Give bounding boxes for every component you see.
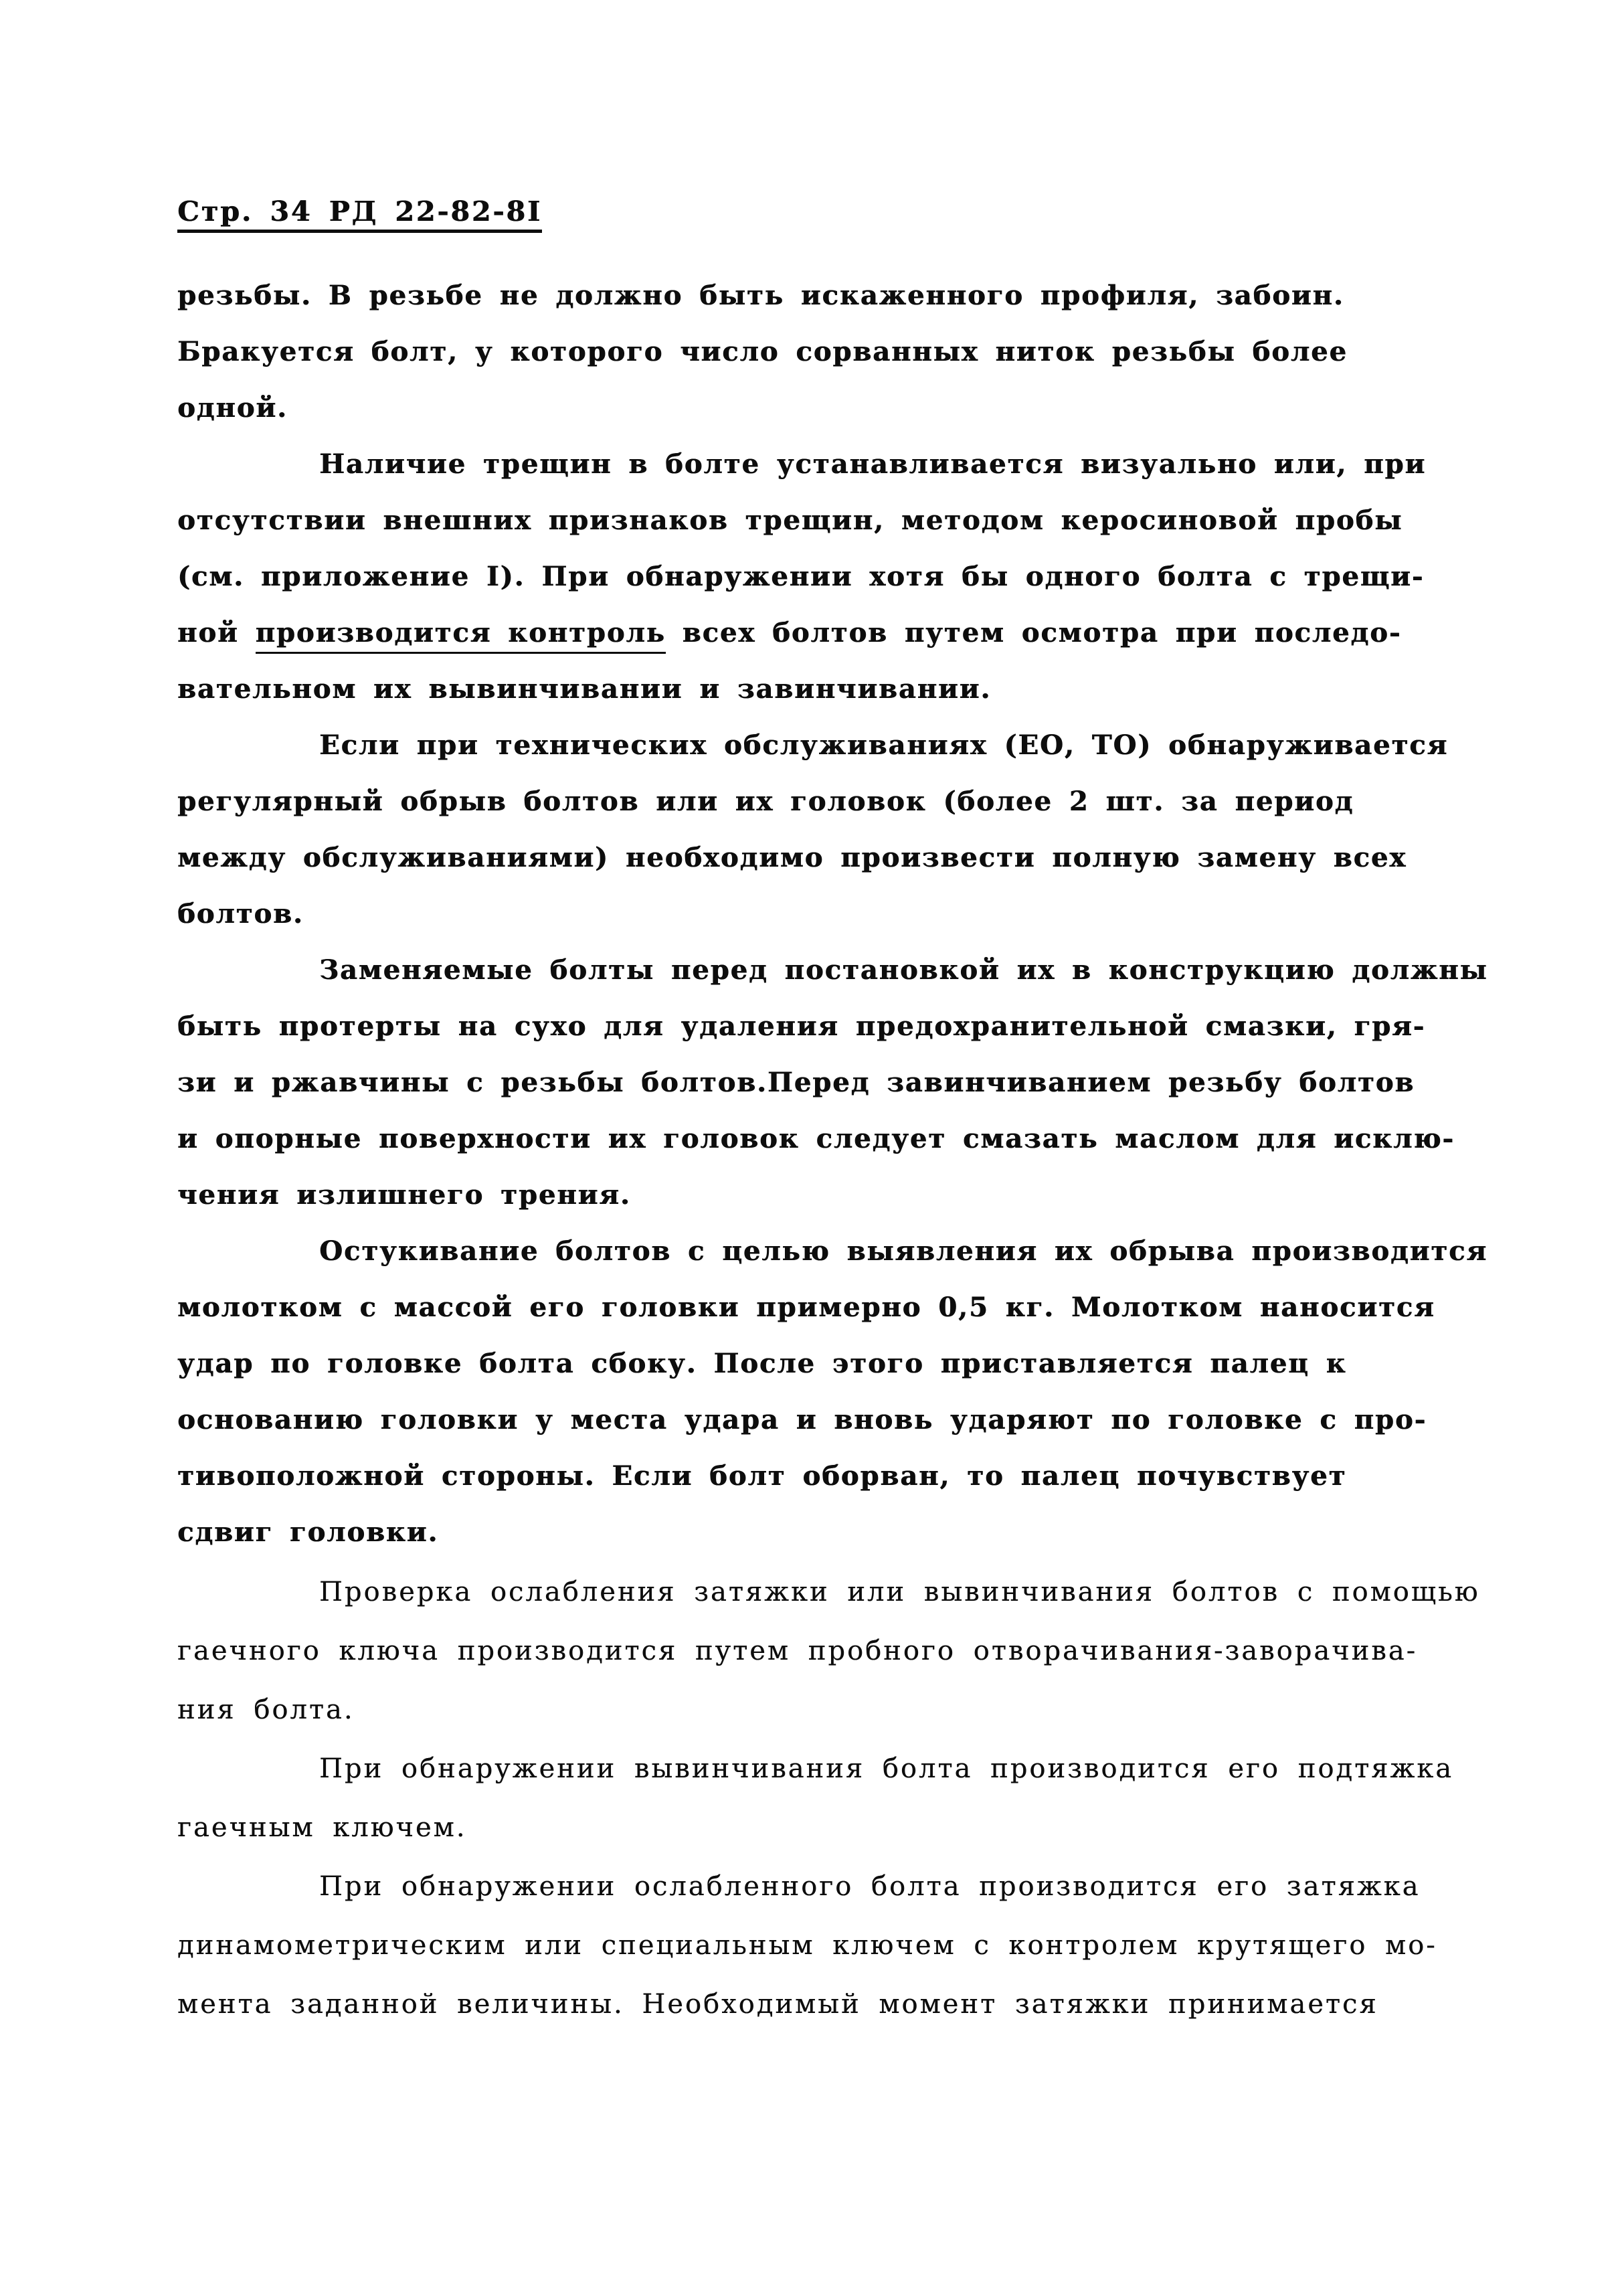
para-3-line-3: между обслуживаниями) необходимо произве… xyxy=(177,830,1488,886)
para-1-line-3: одной. xyxy=(177,380,1488,436)
para-3-line-2: регулярный обрыв болтов или их головок (… xyxy=(177,774,1488,830)
page-header: Стр. 34 РД 22-82-8I xyxy=(177,195,542,228)
para-2-line-3: (см. приложение I). При обнаружении хотя… xyxy=(177,549,1488,605)
para-5-line-3: удар по головке болта сбоку. После этого… xyxy=(177,1336,1488,1392)
para-2-line-4: ной производится контроль всех болтов пу… xyxy=(177,605,1488,661)
para-2-line-5: вательном их вывинчивании и завинчивании… xyxy=(177,661,1488,717)
para-2-line-1: Наличие трещин в болте устанавливается в… xyxy=(177,436,1488,493)
para-3-line-1: Если при технических обслуживаниях (ЕО, … xyxy=(177,717,1488,774)
para-2-line-4-pre: ной xyxy=(177,617,256,648)
page-header-text: Стр. 34 РД 22-82-8I xyxy=(177,195,542,233)
para-2-line-4-post: всех болтов путем осмотра при последо- xyxy=(666,617,1402,648)
para-4-line-5: чения излишнего трения. xyxy=(177,1167,1488,1223)
scanned-document-page: Стр. 34 РД 22-82-8I резьбы. В резьбе не … xyxy=(0,0,1624,2276)
para-2-line-4-underlined-phrase: производится контроль xyxy=(256,617,666,654)
para-7-line-2: гаечным ключем. xyxy=(177,1798,1480,1857)
para-8-line-2: динамометрическим или специальным ключем… xyxy=(177,1916,1480,1975)
para-6-line-1: Проверка ослабления затяжки или вывинчив… xyxy=(177,1563,1480,1622)
para-5-line-1: Остукивание болтов с целью выявления их … xyxy=(177,1223,1488,1280)
para-4-line-3: зи и ржавчины с резьбы болтов.Перед зави… xyxy=(177,1055,1488,1111)
para-8-line-1: При обнаружении ослабленного болта произ… xyxy=(177,1857,1480,1916)
para-7-line-1: При обнаружении вывинчивания болта произ… xyxy=(177,1739,1480,1798)
para-6-line-2: гаечного ключа производится путем пробно… xyxy=(177,1622,1480,1680)
para-4-line-4: и опорные поверхности их головок следует… xyxy=(177,1111,1488,1167)
document-body-upper: резьбы. В резьбе не должно быть искаженн… xyxy=(177,268,1488,1561)
para-5-line-4: основанию головки у места удара и вновь … xyxy=(177,1392,1488,1448)
para-5-line-6: сдвиг головки. xyxy=(177,1504,1488,1561)
para-2-line-2: отсутствии внешних признаков трещин, мет… xyxy=(177,493,1488,549)
para-4-line-2: быть протерты на сухо для удаления предо… xyxy=(177,998,1488,1055)
para-4-line-1: Заменяемые болты перед постановкой их в … xyxy=(177,942,1488,998)
para-6-line-3: ния болта. xyxy=(177,1680,1480,1739)
document-body-lower: Проверка ослабления затяжки или вывинчив… xyxy=(177,1563,1480,2034)
para-5-line-5: тивоположной стороны. Если болт оборван,… xyxy=(177,1448,1488,1504)
para-1-line-2: Бракуется болт, у которого число сорванн… xyxy=(177,324,1488,380)
para-8-line-3: мента заданной величины. Необходимый мом… xyxy=(177,1975,1480,2034)
para-3-line-4: болтов. xyxy=(177,886,1488,942)
para-5-line-2: молотком с массой его головки примерно 0… xyxy=(177,1280,1488,1336)
para-1-line-1: резьбы. В резьбе не должно быть искаженн… xyxy=(177,268,1488,324)
